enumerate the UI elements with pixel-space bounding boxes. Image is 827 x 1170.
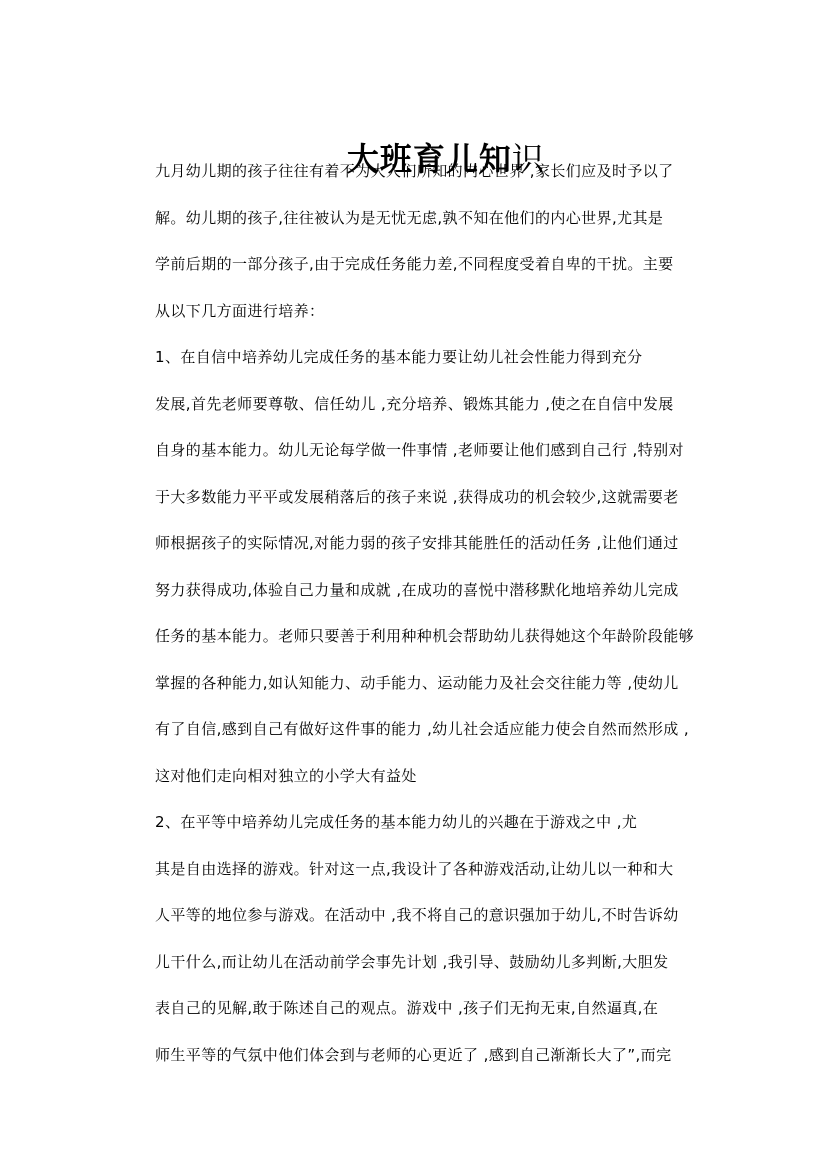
text-line: 有了自信,感到自己有做好这件事的能力 ,幼儿社会适应能力使会自然而然形成 ,: [155, 706, 700, 753]
text-line: 表自己的见解,敢于陈述自己的观点。游戏中 ,孩子们无拘无束,自然逼真,在: [155, 985, 700, 1032]
text-line: 人平等的地位参与游戏。在活动中 ,我不将自己的意识强加于幼儿,不时告诉幼: [155, 892, 700, 939]
paragraph-item-1: 1、在自信中培养幼儿完成任务的基本能力要让幼儿社会性能力得到充分 发展,首先老师…: [155, 334, 700, 799]
text-line: 于大多数能力平平或发展稍落后的孩子来说 ,获得成功的机会较少,这就需要老: [155, 474, 700, 521]
text-line: 任务的基本能力。老师只要善于利用种种机会帮助幼儿获得她这个年龄阶段能够: [155, 613, 700, 660]
text-line: 其是自由选择的游戏。针对这一点,我设计了各种游戏活动,让幼儿以一种和大: [155, 846, 700, 893]
paragraph-intro: 九月幼儿期的孩子往往有着不为大人们所知的内心世界 ,家长们应及时予以了 解。幼儿…: [155, 148, 700, 334]
text-line: 这对他们走向相对独立的小学大有益处: [155, 753, 700, 800]
document-page: 大班育儿知识 九月幼儿期的孩子往往有着不为大人们所知的内心世界 ,家长们应及时予…: [0, 0, 827, 1170]
text-line: 从以下几方面进行培养：: [155, 288, 700, 335]
document-body: 九月幼儿期的孩子往往有着不为大人们所知的内心世界 ,家长们应及时予以了 解。幼儿…: [155, 148, 700, 1078]
paragraph-item-2: 2、在平等中培养幼儿完成任务的基本能力幼儿的兴趣在于游戏之中 ,尤 其是自由选择…: [155, 799, 700, 1078]
text-line: 2、在平等中培养幼儿完成任务的基本能力幼儿的兴趣在于游戏之中 ,尤: [155, 799, 700, 846]
text-line: 儿干什么,而让幼儿在活动前学会事先计划 ,我引导、鼓励幼儿多判断,大胆发: [155, 939, 700, 986]
text-line: 九月幼儿期的孩子往往有着不为大人们所知的内心世界 ,家长们应及时予以了: [155, 148, 700, 195]
text-line: 学前后期的一部分孩子,由于完成任务能力差,不同程度受着自卑的干扰。主要: [155, 241, 700, 288]
text-line: 发展,首先老师要尊敬、信任幼儿 ,充分培养、锻炼其能力 ,使之在自信中发展: [155, 381, 700, 428]
text-line: 师生平等的气氛中他们体会到与老师的心更近了 ,感到自己渐渐长大了”,而完: [155, 1032, 700, 1079]
text-line: 1、在自信中培养幼儿完成任务的基本能力要让幼儿社会性能力得到充分: [155, 334, 700, 381]
text-line: 师根据孩子的实际情况,对能力弱的孩子安排其能胜任的活动任务 ,让他们通过: [155, 520, 700, 567]
text-line: 自身的基本能力。幼儿无论每学做一件事情 ,老师要让他们感到自己行 ,特别对: [155, 427, 700, 474]
text-line: 掌握的各种能力,如认知能力、动手能力、运动能力及社会交往能力等 ,使幼儿: [155, 660, 700, 707]
text-line: 努力获得成功,体验自己力量和成就 ,在成功的喜悦中潜移默化地培养幼儿完成: [155, 567, 700, 614]
text-line: 解。幼儿期的孩子,往往被认为是无忧无虑,孰不知在他们的内心世界,尤其是: [155, 195, 700, 242]
